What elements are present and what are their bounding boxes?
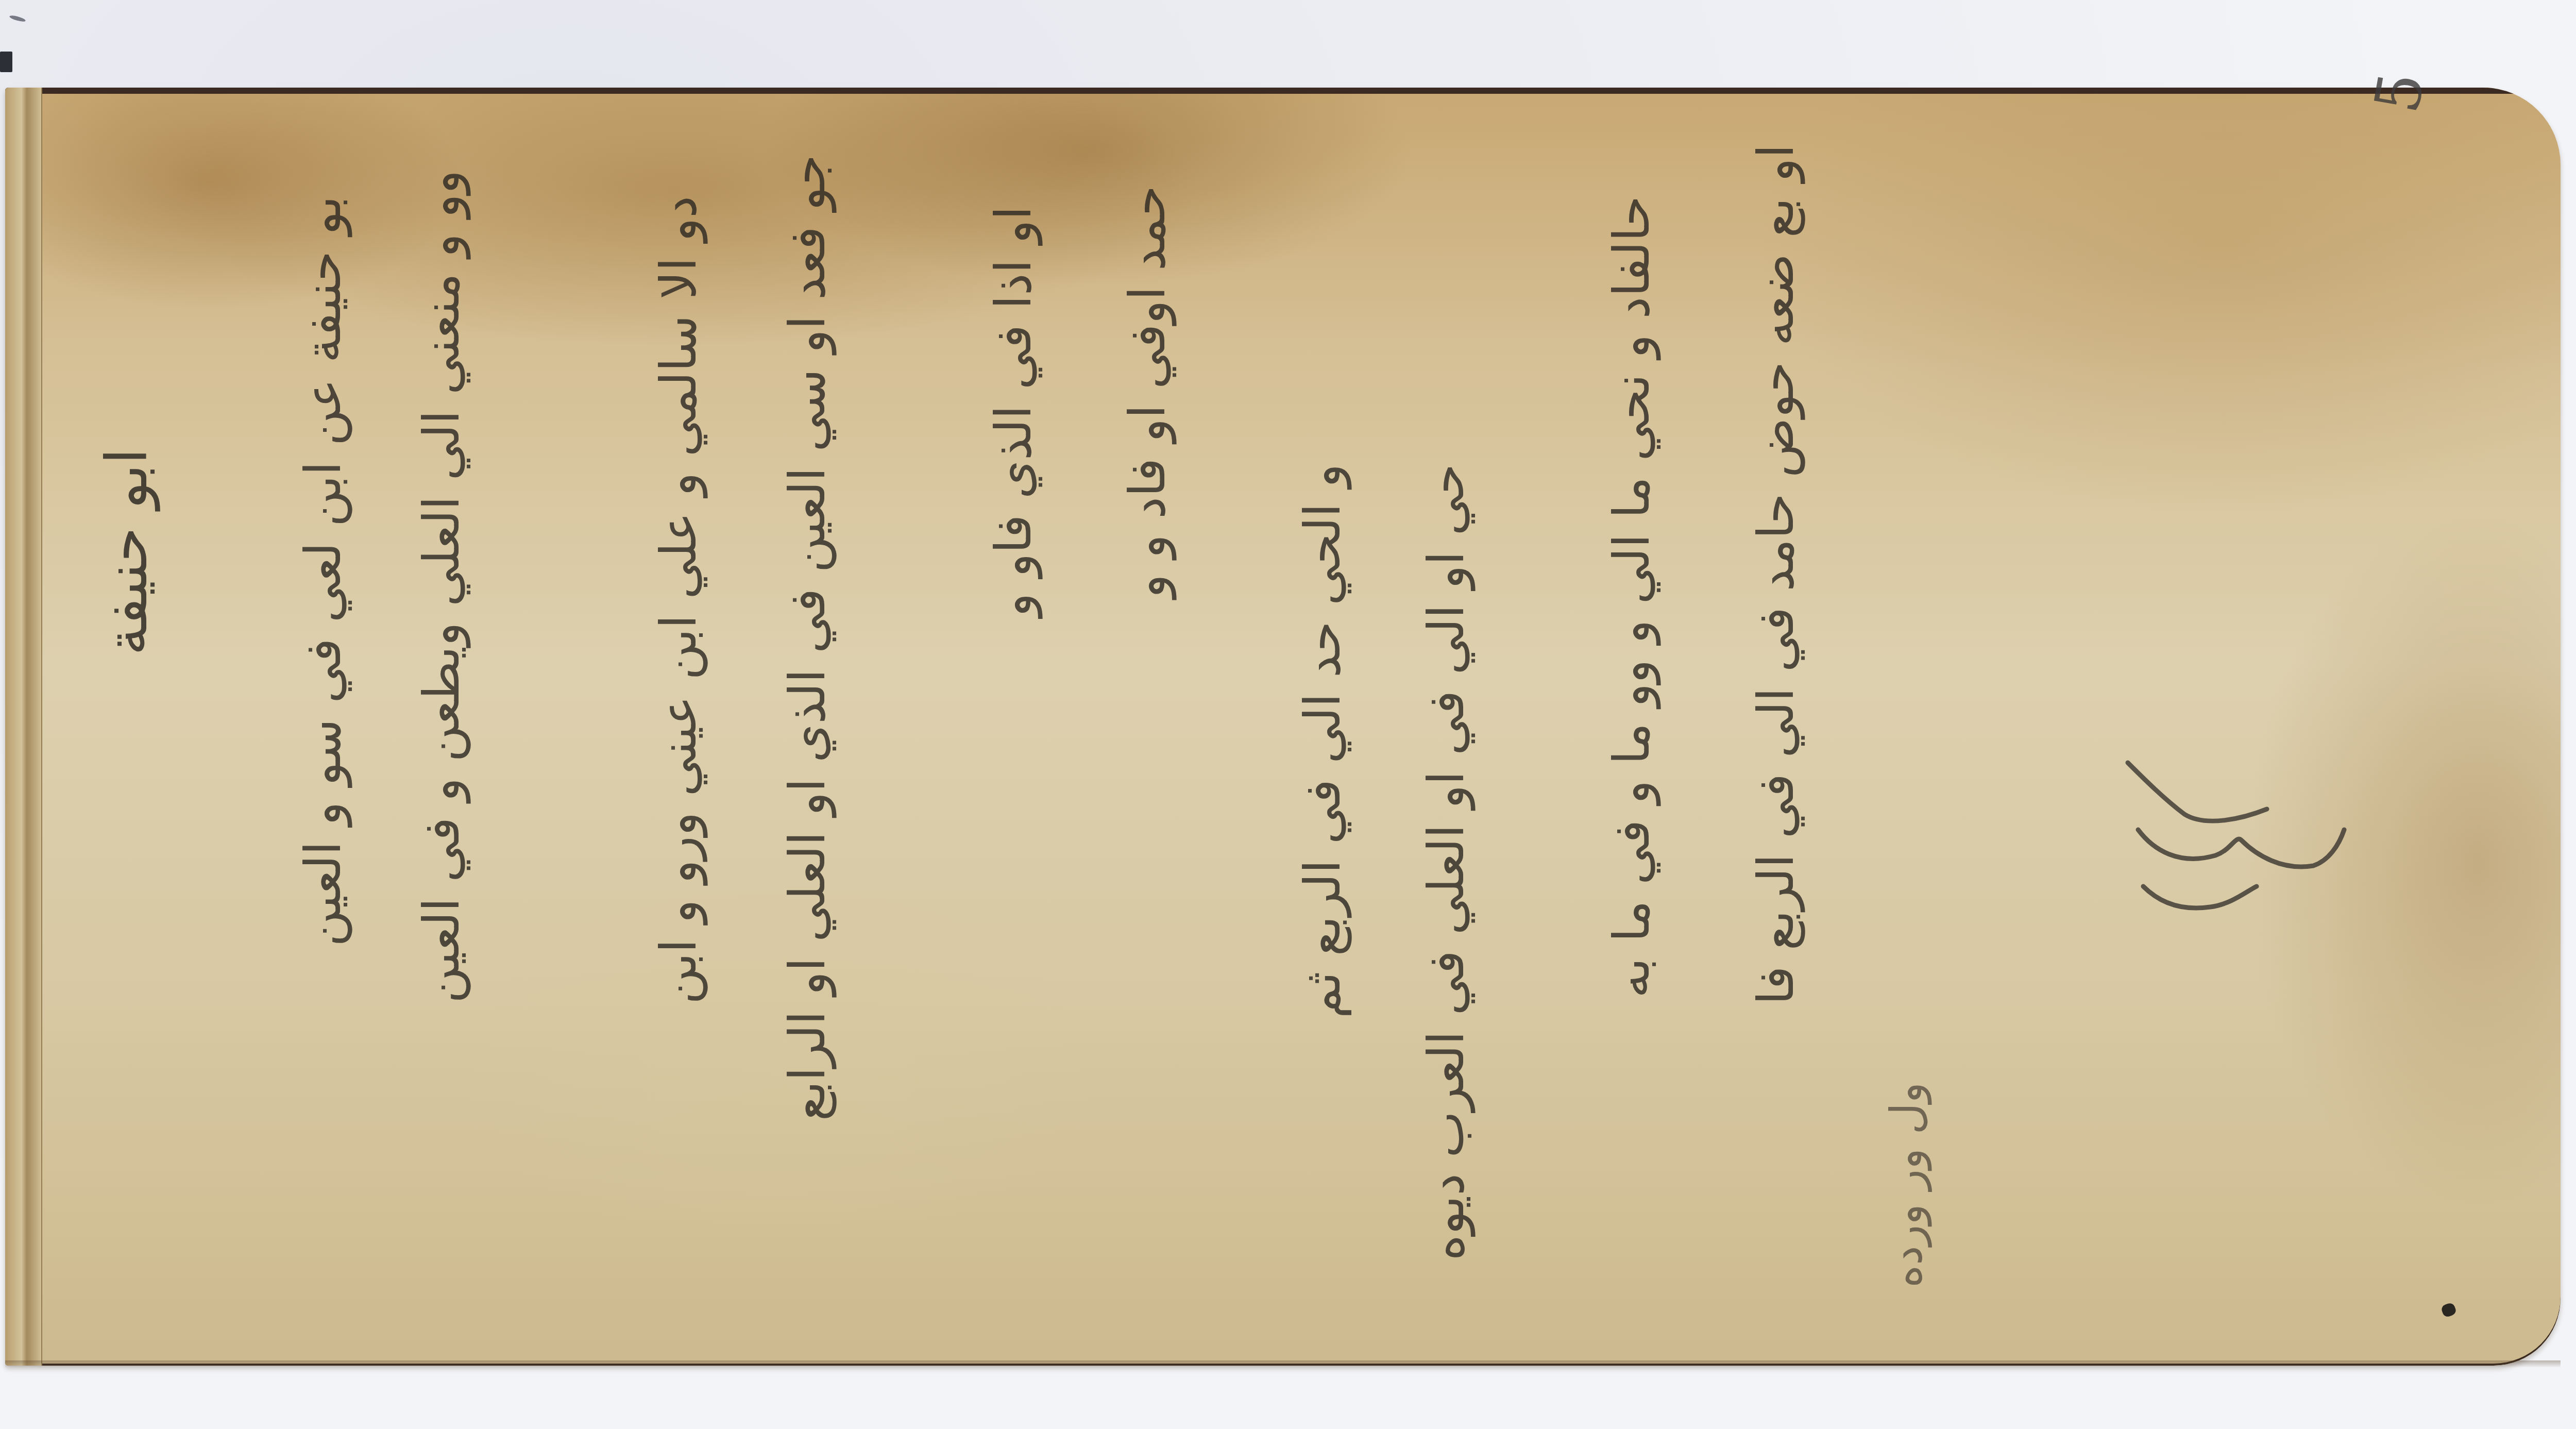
text-column-11: ول ور ورده xyxy=(1880,1082,1933,1288)
title-column: ابو حنيفة xyxy=(93,448,161,655)
ink-blot-mark xyxy=(2441,1302,2458,1318)
page-edge-shadow xyxy=(5,1360,2561,1368)
text-column-10: او بع ضعه حوض حامد في الي في الربع فا xyxy=(1747,144,1806,1005)
text-column-4: جو فعد او سي العين في الذي او العلي او ا… xyxy=(778,155,837,1121)
text-column-9: حالفاد و نحي ما الي و وو ما و في ما به xyxy=(1602,196,1662,998)
text-column-3: دو الا سالمي و علي ابن عيني ورو و ابن xyxy=(649,196,708,1004)
text-column-6: حمد اوفي او فاد و و xyxy=(1118,186,1177,598)
manuscript-folio: ابو حنيفة بو حنيفة عن ابن لعي في سو و ال… xyxy=(5,88,2561,1366)
text-column-1: بو حنيفة عن ابن لعي في سو و العين xyxy=(294,196,353,947)
text-column-7: و الحي حد الي في الربع ثم xyxy=(1293,464,1352,1018)
text-column-8: حي او الي في او العلي في العرب ديوه xyxy=(1417,464,1476,1260)
binding-strip xyxy=(0,52,12,72)
text-column-2: وو و منعني الي العلي ويطعن و في العين xyxy=(412,170,471,1003)
gutter-fold xyxy=(5,88,42,1366)
text-column-5: او اذا في الذي فاو و xyxy=(984,206,1043,617)
marginal-doodle-icon xyxy=(2097,732,2385,917)
